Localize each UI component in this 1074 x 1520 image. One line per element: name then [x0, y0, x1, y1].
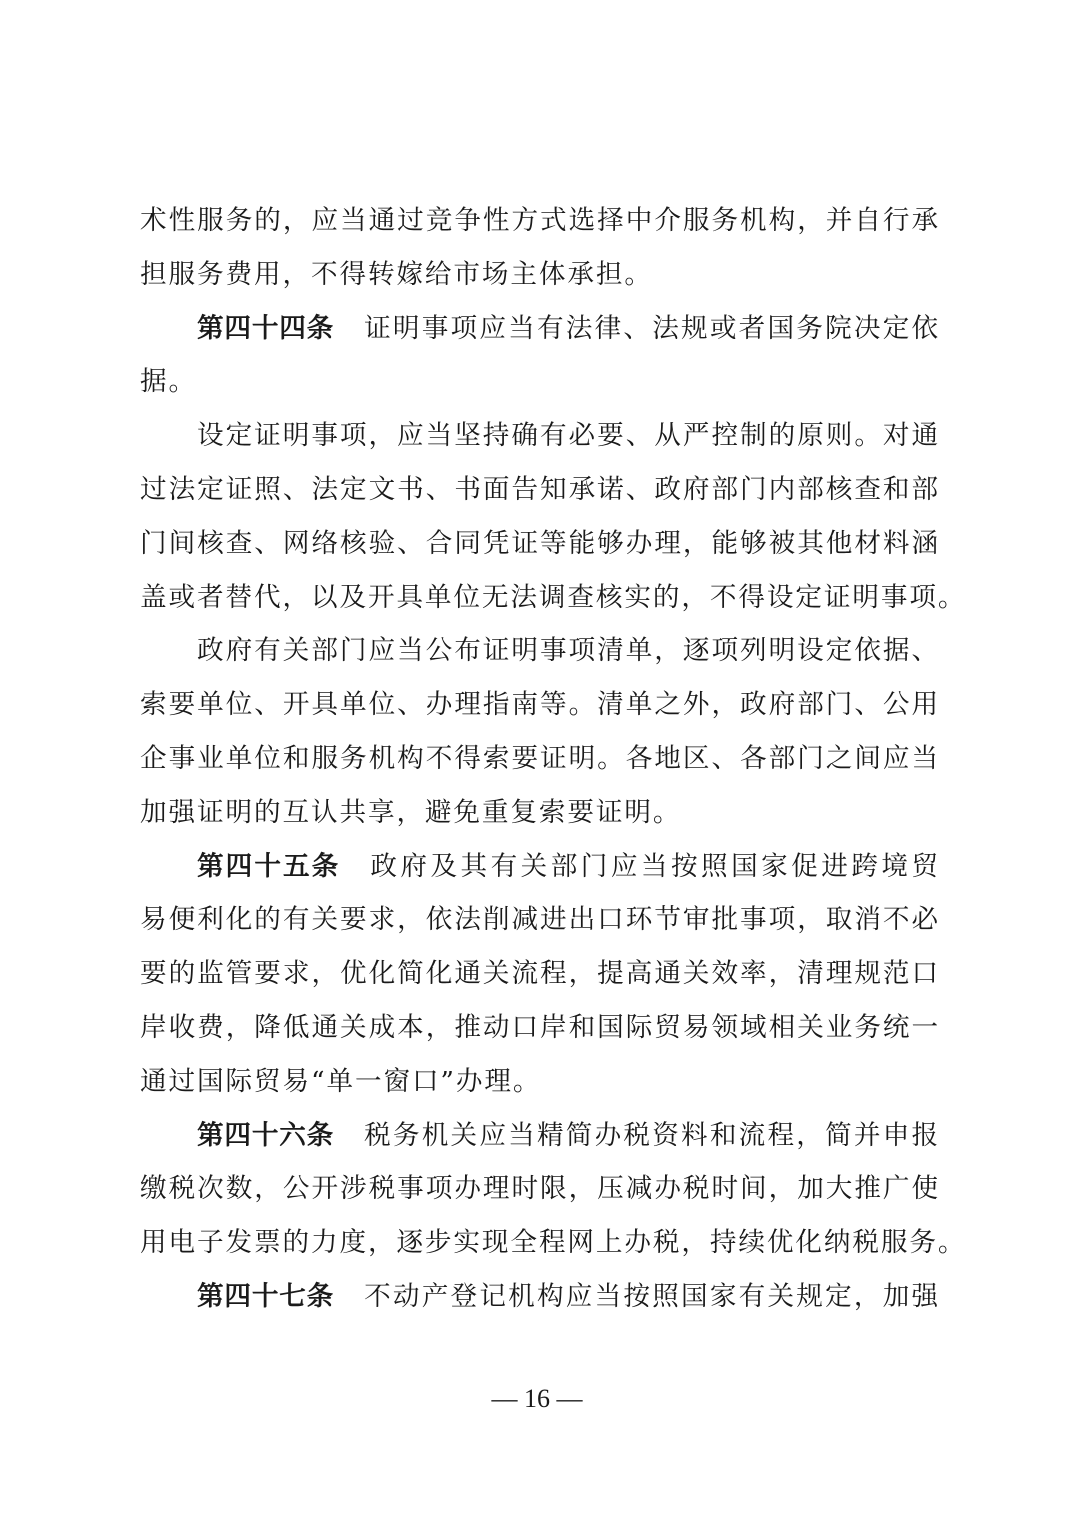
text-line: 盖或者替代，以及开具单位无法调查核实的，不得设定证明事项。: [140, 571, 940, 625]
document-page: 术性服务的，应当通过竞争性方式选择中介服务机构，并自行承 担服务费用，不得转嫁给…: [140, 194, 940, 1324]
text-line: 过法定证照、法定文书、书面告知承诺、政府部门内部核查和部: [140, 463, 940, 517]
text-line: 门间核查、网络核验、合同凭证等能够办理，能够被其他材料涵: [140, 517, 940, 571]
text-line: 第四十六条税务机关应当精简办税资料和流程，简并申报: [140, 1109, 940, 1163]
article-label: 第四十五条: [197, 851, 340, 882]
article-text: 政府及其有关部门应当按照国家促进跨境贸: [370, 851, 940, 882]
article-text: 税务机关应当精简办税资料和流程，简并申报: [364, 1120, 940, 1151]
article-44: 第四十四条证明事项应当有法律、法规或者国务院决定依 据。: [140, 302, 940, 410]
text-line: 企事业单位和服务机构不得索要证明。各地区、各部门之间应当: [140, 732, 940, 786]
text-line: 用电子发票的力度，逐步实现全程网上办税，持续优化纳税服务。: [140, 1216, 940, 1270]
text-line: 第四十五条政府及其有关部门应当按照国家促进跨境贸: [140, 840, 940, 894]
text-line: 术性服务的，应当通过竞争性方式选择中介服务机构，并自行承: [140, 194, 940, 248]
text-line: 通过国际贸易“单一窗口”办理。: [140, 1055, 940, 1109]
article-46: 第四十六条税务机关应当精简办税资料和流程，简并申报 缴税次数，公开涉税事项办理时…: [140, 1109, 940, 1270]
page-number: — 16 —: [0, 1384, 1074, 1414]
text-line: 加强证明的互认共享，避免重复索要证明。: [140, 786, 940, 840]
paragraph-certification-list: 政府有关部门应当公布证明事项清单，逐项列明设定依据、 索要单位、开具单位、办理指…: [140, 624, 940, 839]
article-label: 第四十七条: [197, 1281, 334, 1312]
text-line: 第四十四条证明事项应当有法律、法规或者国务院决定依: [140, 302, 940, 356]
article-47: 第四十七条不动产登记机构应当按照国家有关规定，加强: [140, 1270, 940, 1324]
text-line: 第四十七条不动产登记机构应当按照国家有关规定，加强: [140, 1270, 940, 1324]
article-label: 第四十六条: [197, 1120, 334, 1151]
text-line: 缴税次数，公开涉税事项办理时限，压减办税时间，加大推广使: [140, 1162, 940, 1216]
article-label: 第四十四条: [197, 313, 334, 344]
article-text: 证明事项应当有法律、法规或者国务院决定依: [364, 313, 940, 344]
text-line: 据。: [140, 355, 940, 409]
paragraph-certification-principles: 设定证明事项，应当坚持确有必要、从严控制的原则。对通 过法定证照、法定文书、书面…: [140, 409, 940, 624]
text-line: 设定证明事项，应当坚持确有必要、从严控制的原则。对通: [140, 409, 940, 463]
text-line: 担服务费用，不得转嫁给市场主体承担。: [140, 248, 940, 302]
text-line: 要的监管要求，优化简化通关流程，提高通关效率，清理规范口: [140, 947, 940, 1001]
text-line: 易便利化的有关要求，依法削减进出口环节审批事项，取消不必: [140, 893, 940, 947]
text-line: 索要单位、开具单位、办理指南等。清单之外，政府部门、公用: [140, 678, 940, 732]
text-line: 政府有关部门应当公布证明事项清单，逐项列明设定依据、: [140, 624, 940, 678]
paragraph-continuation: 术性服务的，应当通过竞争性方式选择中介服务机构，并自行承 担服务费用，不得转嫁给…: [140, 194, 940, 302]
article-45: 第四十五条政府及其有关部门应当按照国家促进跨境贸 易便利化的有关要求，依法削减进…: [140, 840, 940, 1109]
text-line: 岸收费，降低通关成本，推动口岸和国际贸易领域相关业务统一: [140, 1001, 940, 1055]
article-text: 不动产登记机构应当按照国家有关规定，加强: [364, 1281, 940, 1312]
